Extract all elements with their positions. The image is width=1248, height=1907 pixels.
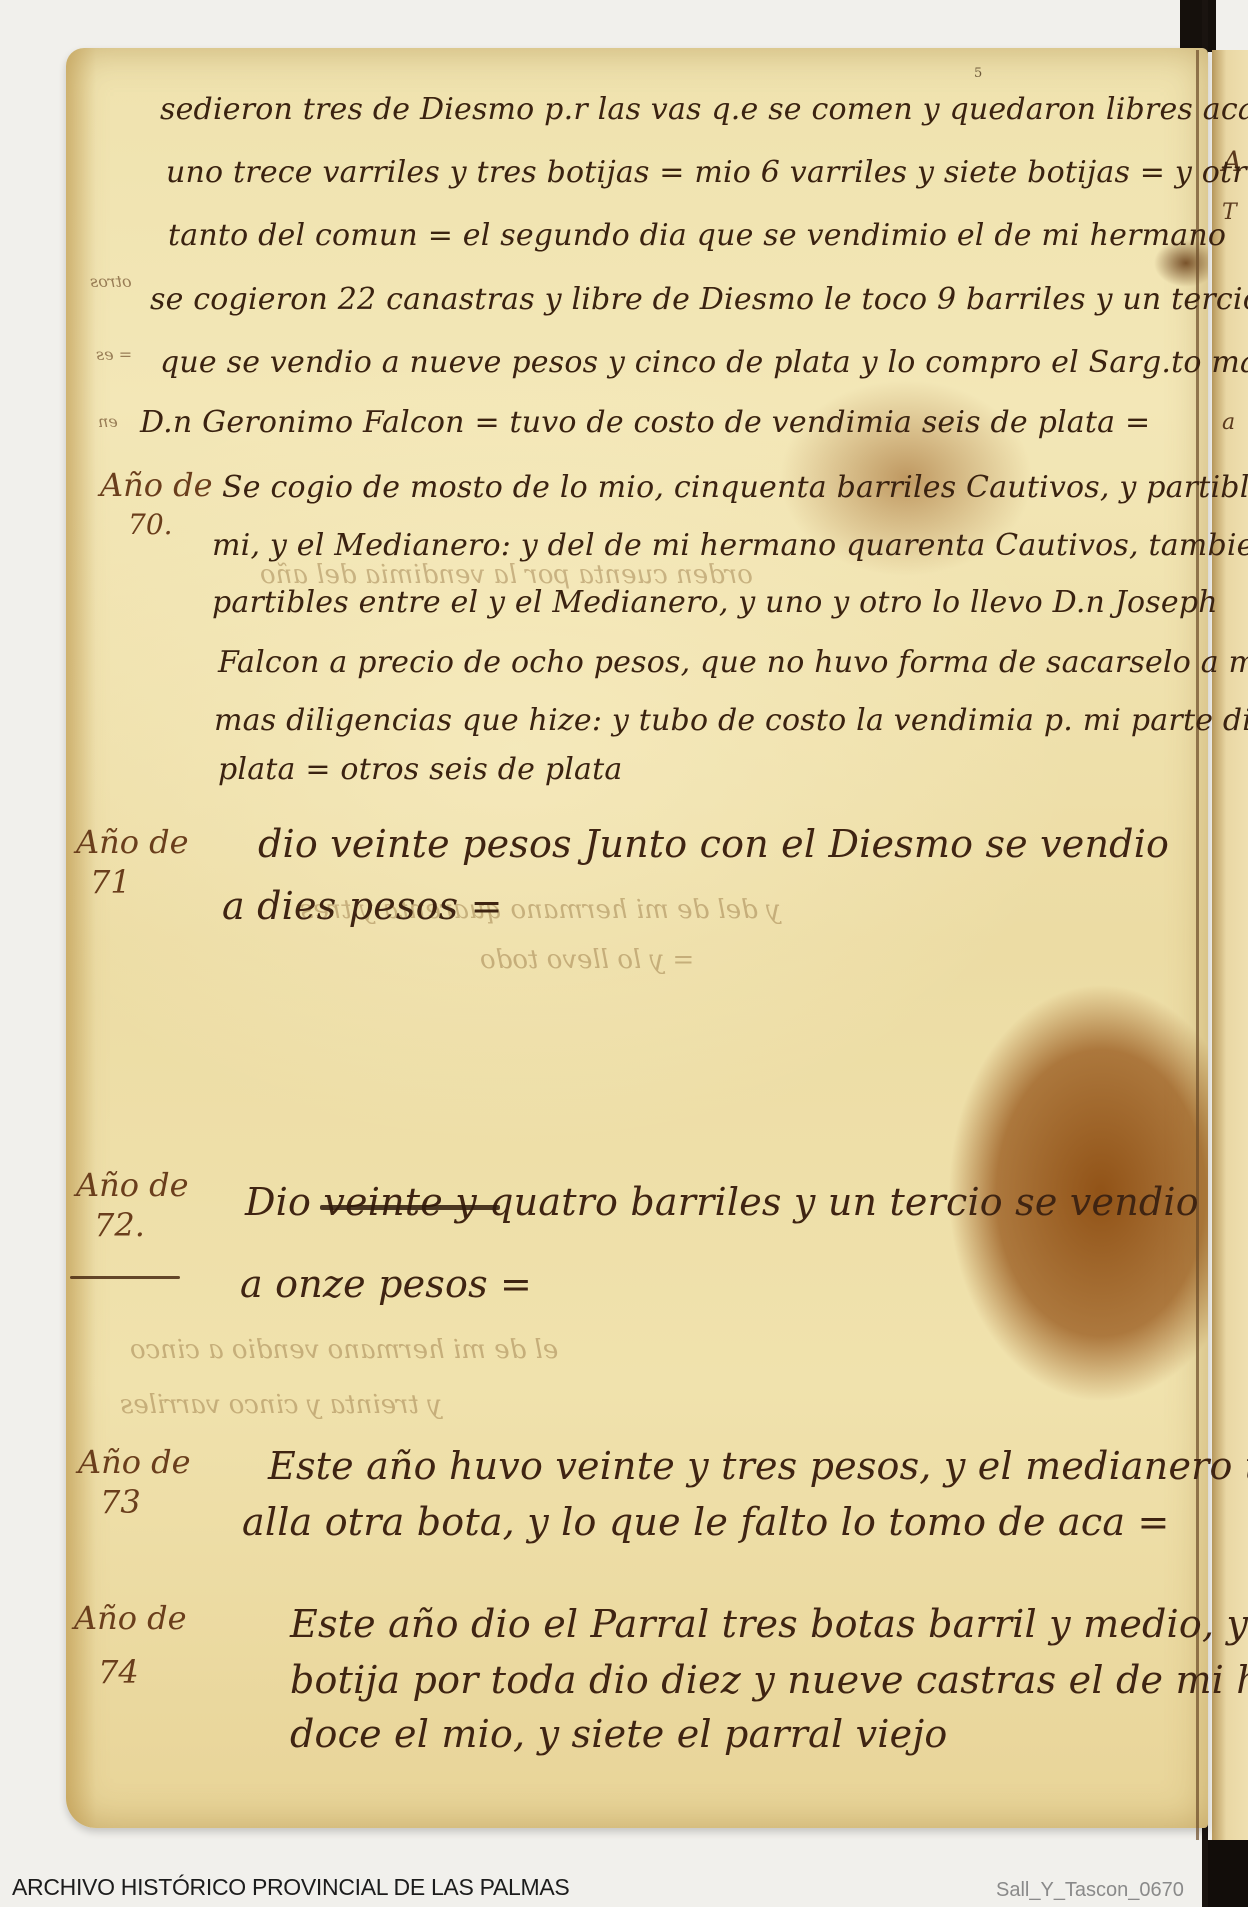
bleed-through-text: y treinta y cinco varriles [120,1390,442,1420]
manuscript-line: Se cogio de mosto de lo mio, cinquenta b… [222,470,1248,505]
manuscript-line: Falcon a precio de ocho pesos, que no hu… [218,645,1248,680]
archive-name-caption: ARCHIVO HISTÓRICO PROVINCIAL DE LAS PALM… [12,1874,569,1901]
manuscript-line: mi, y el Medianero: y del de mi hermano … [212,528,1248,563]
manuscript-line: alla otra bota, y lo que le falto lo tom… [242,1500,1170,1544]
margin-note: en [98,412,118,431]
manuscript-line: uno trece varriles y tres botijas = mio … [166,155,1248,190]
facing-page-edge: A T a [1212,50,1248,1840]
manuscript-line: D.n Geronimo Falcon = tuvo de costo de v… [140,405,1150,440]
manuscript-line: Dio veinte y quatro barriles y un tercio… [245,1180,1199,1224]
underline-rule [70,1276,180,1279]
strikethrough-mark [320,1205,500,1210]
manuscript-line: mas diligencias que hize: y tubo de cost… [214,703,1248,738]
book-binding-bottom [1208,1840,1248,1907]
margin-note: = es [96,345,132,364]
manuscript-line: Este año dio el Parral tres botas barril… [290,1602,1248,1646]
year-label: Año de 74 [74,1598,187,1692]
manuscript-line: Este año huvo veinte y tres pesos, y el … [268,1444,1248,1488]
image-reference-caption: Sall_Y_Tascon_0670 [996,1879,1184,1902]
manuscript-line: se cogieron 22 canastras y libre de Dies… [150,282,1248,317]
manuscript-line: que se vendio a nueve pesos y cinco de p… [160,345,1248,380]
manuscript-line: doce el mio, y siete el parral viejo [290,1712,947,1756]
bleed-through-text: el de mi hermano vendio a cinco [130,1335,558,1365]
manuscript-line: plata = otros seis de plata [218,752,622,787]
page-edge-shadow [66,48,96,1828]
manuscript-line: dio veinte pesos Junto con el Diesmo se … [258,822,1169,866]
year-label: Año de 70. [100,465,213,545]
manuscript-line: tanto del comun = el segundo dia que se … [168,218,1226,253]
page-gutter-line [1196,50,1199,1840]
manuscript-line: sedieron tres de Diesmo p.r las vas q.e … [160,92,1248,127]
manuscript-line: botija por toda dio diez y nueve castras… [290,1658,1248,1702]
manuscript-line: partibles entre el y el Medianero, y uno… [212,585,1218,620]
year-label: Año de 73 [78,1442,191,1522]
manuscript-line: a onze pesos = [240,1262,532,1306]
year-label: Año de 71 [76,822,189,902]
manuscript-line: a dies pesos = [222,884,503,928]
bleed-through-text: = y lo llevo todo [480,945,694,975]
margin-note: otros [90,272,132,291]
page-number-mark: 5 [974,66,982,81]
year-label: Año de 72. [76,1165,189,1245]
book-binding-top [1180,0,1216,52]
